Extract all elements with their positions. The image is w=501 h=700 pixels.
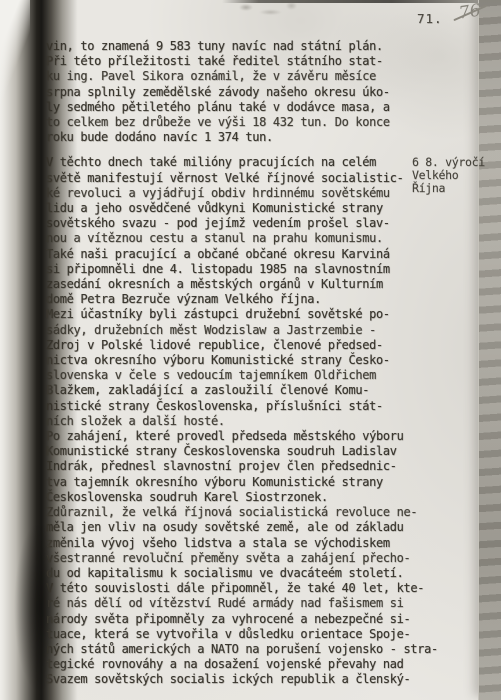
page-number-typed: 71. [417, 11, 443, 26]
text-line: ku ing. Pavel Sikora oznámil, že v závěr… [46, 69, 478, 84]
text-column: vin, to znamená 9 583 tuny navíc nad stá… [46, 39, 478, 688]
text-line: vin, to znamená 9 583 tuny navíc nad stá… [46, 39, 478, 54]
text-line: tuace, která se vytvořila v důsledku ori… [46, 627, 478, 642]
text-line: Indrák, přednesl slavnostní projev člen … [46, 459, 478, 474]
text-line: světě manifestují věrnost Velké říjnové … [46, 171, 478, 186]
text-line: domě Petra Bezruče význam Velkého října. [46, 292, 478, 307]
page-number-handwritten: 76 [458, 0, 483, 23]
text-line: tva tajemník okresního výboru Komunistic… [46, 475, 478, 490]
text-line: Mezi účastníky byli zástupci družební so… [46, 307, 478, 322]
scan-edge-strip [478, 0, 501, 700]
text-line: sádky, družebních měst Wodzislaw a Jastr… [46, 323, 478, 338]
text-line: nictva okresního výboru Komunistické str… [46, 353, 478, 368]
text-line: všestranné revoluční přeměny světa a zah… [46, 551, 478, 566]
paragraph: vin, to znamená 9 583 tuny navíc nad stá… [46, 39, 478, 145]
text-line: lidu a jeho osvědčené vůdkyni Komunistic… [46, 201, 478, 216]
text-line: ních složek a další hosté. [46, 414, 478, 429]
text-line: Zdroj v Polské lidové republice, členové… [46, 338, 478, 353]
text-line: si připomněli dne 4. listopadu 1985 na s… [46, 262, 478, 277]
text-line: měla jen vliv na osudy sovětské země, al… [46, 520, 478, 535]
text-line: Československa soudruh Karel Siostrzonek… [46, 490, 478, 505]
text-line: Svazem sovětských socialis ických republ… [46, 672, 478, 687]
text-line: Při této příležitosti také ředitel státn… [46, 54, 478, 69]
scanned-page: 71. 76 6 8. výročíVelkéhoŘíjna vin, to z… [0, 0, 501, 700]
scan-smudge [232, 1, 302, 17]
text-line: Také naši pracující a občané občané okre… [46, 247, 478, 262]
text-line: srpna splnily zemědělské závody našeho o… [46, 85, 478, 100]
text-line: to celkem bez drůbeže ve výši 18 432 tun… [46, 115, 478, 130]
text-line: nou a vítěznou cestu a stanul na prahu k… [46, 231, 478, 246]
text-line: Blažkem, zakladájící a zasloužilí členov… [46, 383, 478, 398]
paragraph: V těchto dnech také milióny pracujících … [46, 155, 478, 687]
text-line: zasedání okresních a městských orgánů v … [46, 277, 478, 292]
text-line: změnila vývoj všeho lidstva a stala se v… [46, 536, 478, 551]
text-line: tegické rovnováhy a na dosažení vojenské… [46, 657, 478, 672]
text-line: Zdůraznil, že velká říjnová socialistick… [46, 505, 478, 520]
text-line: Po zahájení, které provedl předseda měst… [46, 429, 478, 444]
text-line: Komunistické strany Československa soudr… [46, 444, 478, 459]
text-line: ly sedmého pětiletého plánu také v dodáv… [46, 100, 478, 115]
text-line: sovětského svazu - pod jejímž vedením pr… [46, 216, 478, 231]
text-line: ré nás dělí od vítězství Rudé armády nad… [46, 596, 478, 611]
text-line: ké revoluci a vyjádřují obdiv hrdinnému … [46, 186, 478, 201]
text-line: du od kapitalismu k socialismu ve dvacát… [46, 566, 478, 581]
text-line: V této souvislosti dále připomněl, že ta… [46, 581, 478, 596]
text-line: nistické strany Československa, příslušn… [46, 399, 478, 414]
text-line: V těchto dnech také milióny pracujících … [46, 155, 478, 170]
text-line: roku bude dodáno navíc 1 374 tun. [46, 130, 478, 145]
text-line: národy světa připomněly za vyhrocené a n… [46, 612, 478, 627]
text-line: slovenska v čele s vedoucím tajemníkem O… [46, 368, 478, 383]
text-line: ných států amerických a NATO na porušení… [46, 642, 478, 657]
